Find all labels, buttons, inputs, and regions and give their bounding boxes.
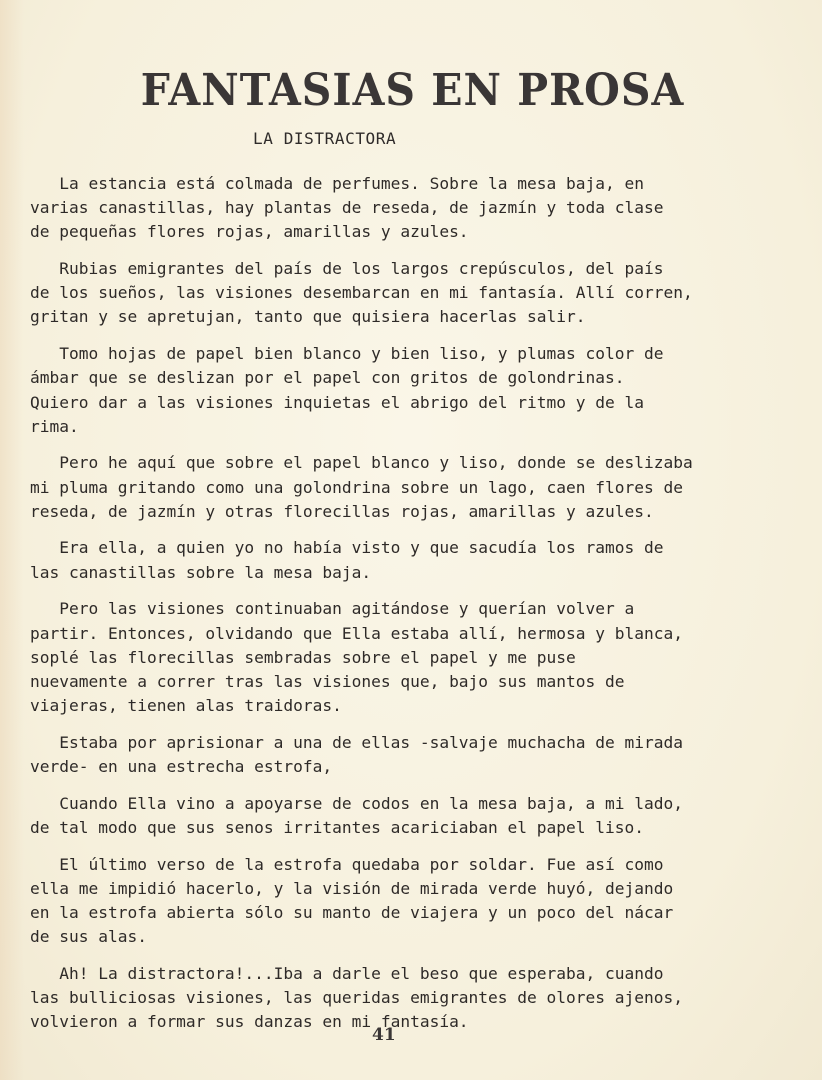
paragraph: Tomo hojas de papel bien blanco y bien l… xyxy=(30,342,800,439)
text-line: nuevamente a correr tras las visiones qu… xyxy=(30,670,800,694)
body-text: La estancia está colmada de perfumes. So… xyxy=(30,172,800,1047)
text-line: ámbar que se deslizan por el papel con g… xyxy=(30,366,800,390)
paragraph: Pero las visiones continuaban agitándose… xyxy=(30,597,800,718)
text-line: ella me impidió hacerlo, y la visión de … xyxy=(30,877,800,901)
paragraph: Ah! La distractora!...Iba a darle el bes… xyxy=(30,962,800,1035)
page-number: 41 xyxy=(372,1025,396,1045)
text-line: las canastillas sobre la mesa baja. xyxy=(30,561,800,585)
section-title: LA DISTRACTORA xyxy=(253,129,396,148)
text-line: varias canastillas, hay plantas de resed… xyxy=(30,196,800,220)
text-line: viajeras, tienen alas traidoras. xyxy=(30,694,800,718)
text-line: Rubias emigrantes del país de los largos… xyxy=(30,257,800,281)
paragraph: Era ella, a quien yo no había visto y qu… xyxy=(30,536,800,584)
text-line: de tal modo que sus senos irritantes aca… xyxy=(30,816,800,840)
text-line: mi pluma gritando como una golondrina so… xyxy=(30,476,800,500)
paragraph: La estancia está colmada de perfumes. So… xyxy=(30,172,800,245)
text-line: La estancia está colmada de perfumes. So… xyxy=(30,172,800,196)
text-line: verde- en una estrecha estrofa, xyxy=(30,755,800,779)
text-line: gritan y se apretujan, tanto que quisier… xyxy=(30,305,800,329)
text-line: partir. Entonces, olvidando que Ella est… xyxy=(30,622,800,646)
text-line: Quiero dar a las visiones inquietas el a… xyxy=(30,391,800,415)
scanned-page: FANTASIAS EN PROSA LA DISTRACTORA La est… xyxy=(0,0,822,1080)
page-title: FANTASIAS EN PROSA xyxy=(140,64,685,116)
text-line: las bulliciosas visiones, las queridas e… xyxy=(30,986,800,1010)
paragraph: Pero he aquí que sobre el papel blanco y… xyxy=(30,451,800,524)
text-line: Era ella, a quien yo no había visto y qu… xyxy=(30,536,800,560)
text-line: de pequeñas flores rojas, amarillas y az… xyxy=(30,220,800,244)
text-line: en la estrofa abierta sólo su manto de v… xyxy=(30,901,800,925)
paragraph: Cuando Ella vino a apoyarse de codos en … xyxy=(30,792,800,840)
text-line: volvieron a formar sus danzas en mi fant… xyxy=(30,1010,800,1034)
text-line: de los sueños, las visiones desembarcan … xyxy=(30,281,800,305)
text-line: Cuando Ella vino a apoyarse de codos en … xyxy=(30,792,800,816)
text-line: Ah! La distractora!...Iba a darle el bes… xyxy=(30,962,800,986)
text-line: soplé las florecillas sembradas sobre el… xyxy=(30,646,800,670)
text-line: Tomo hojas de papel bien blanco y bien l… xyxy=(30,342,800,366)
paragraph: Rubias emigrantes del país de los largos… xyxy=(30,257,800,330)
text-line: de sus alas. xyxy=(30,925,800,949)
text-line: Pero las visiones continuaban agitándose… xyxy=(30,597,800,621)
text-line: El último verso de la estrofa quedaba po… xyxy=(30,853,800,877)
paragraph: Estaba por aprisionar a una de ellas -sa… xyxy=(30,731,800,779)
paragraph: El último verso de la estrofa quedaba po… xyxy=(30,853,800,950)
text-line: Pero he aquí que sobre el papel blanco y… xyxy=(30,451,800,475)
text-line: reseda, de jazmín y otras florecillas ro… xyxy=(30,500,800,524)
show-through-text xyxy=(452,4,812,70)
text-line: rima. xyxy=(30,415,800,439)
text-line: Estaba por aprisionar a una de ellas -sa… xyxy=(30,731,800,755)
